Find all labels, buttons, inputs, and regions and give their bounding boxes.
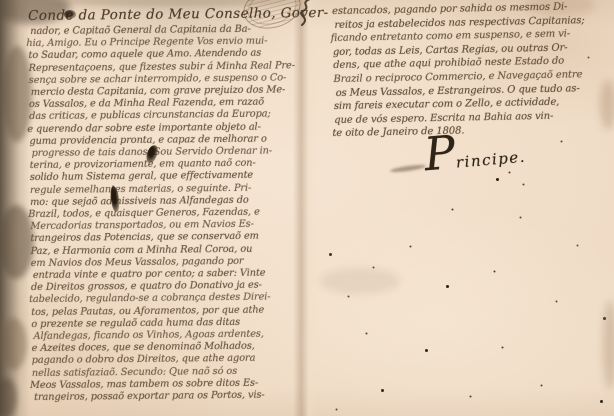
- right-edge-stain: [603, 300, 614, 390]
- right-edge-stain: [600, 80, 614, 130]
- edge-stain: [0, 318, 27, 370]
- left-page-text: Conde da Ponte do Meu Conselho, Gover-na…: [28, 3, 304, 404]
- right-page-text: estancados, pagando por sahida os mesmos…: [332, 0, 601, 141]
- manuscript-scan: Conde da Ponte do Meu Conselho, Gover-na…: [0, 0, 614, 416]
- paper-specks: [0, 0, 1, 1]
- paper-stain: [320, 268, 400, 294]
- ink-blot: [64, 10, 76, 19]
